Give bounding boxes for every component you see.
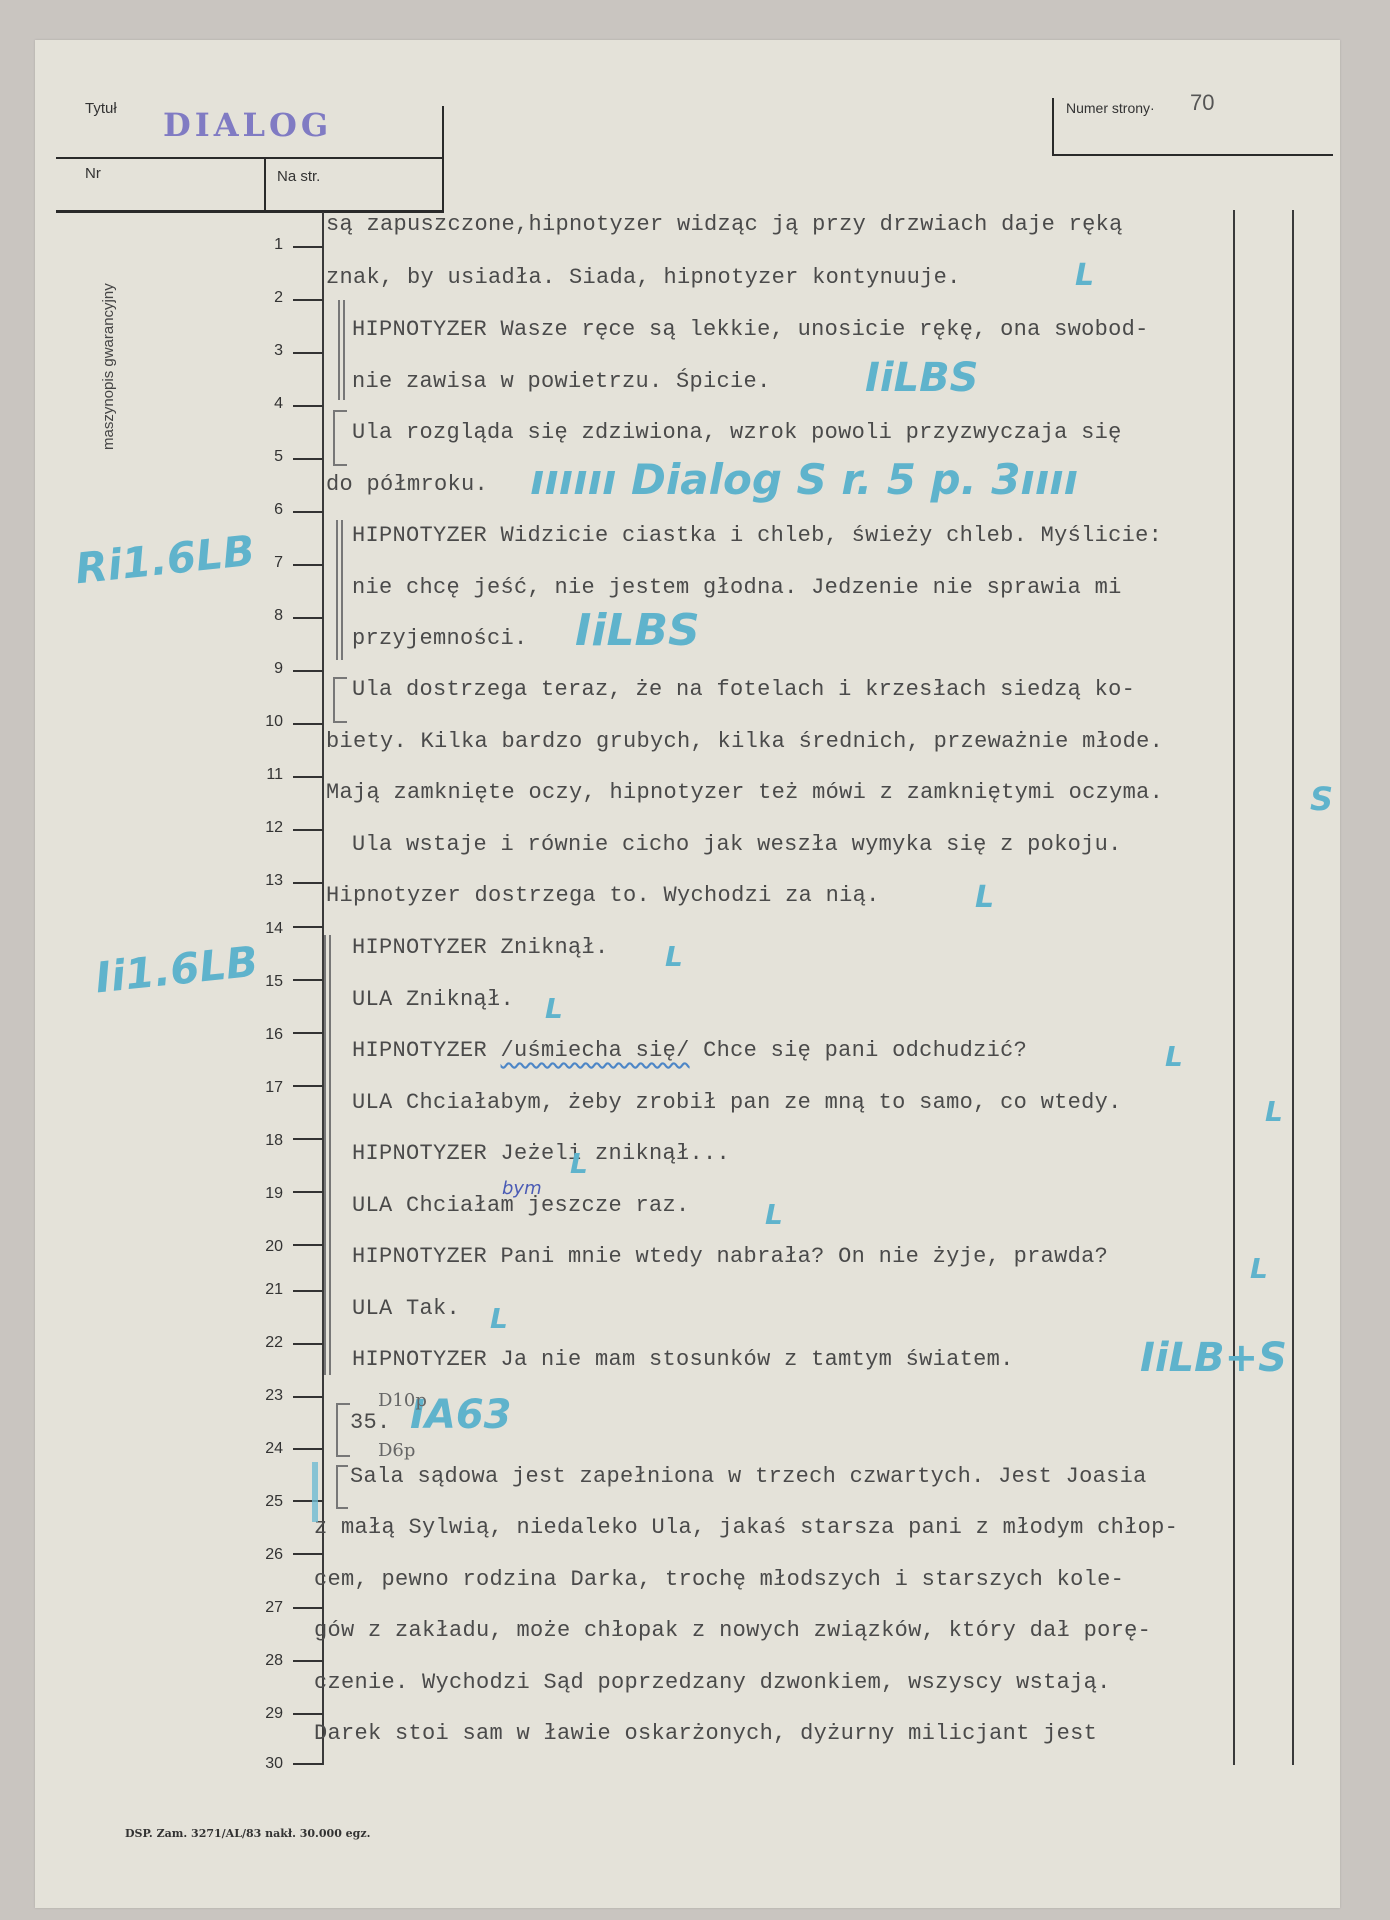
- line-number: 21: [243, 1281, 283, 1299]
- code-annotation: IiLBS: [865, 355, 978, 401]
- pencil-bracket: [333, 677, 347, 723]
- speaker: HIPNOTYZER: [352, 1038, 487, 1063]
- line-number: 8: [243, 607, 283, 625]
- line-number: 29: [243, 1705, 283, 1723]
- check-mark: L: [490, 1302, 508, 1335]
- typed-line: biety. Kilka bardzo grubych, kilka średn…: [326, 729, 1163, 754]
- typed-line: ULA Chciałabym, żeby zrobił pan ze mną t…: [352, 1090, 1122, 1115]
- check-mark: S: [1310, 780, 1333, 818]
- side-label: maszynopis gwarancyjny: [100, 283, 117, 450]
- code-annotation: IiLBS: [575, 605, 700, 656]
- pencil-double-bar: [336, 520, 343, 660]
- check-mark: L: [765, 1198, 783, 1231]
- dialogue: Chce się pani odchudzić?: [703, 1038, 1027, 1063]
- pencil-annotation: D10p: [378, 1390, 427, 1411]
- page-number-box-bottom: [1052, 154, 1333, 156]
- scene-number: 35.: [350, 1410, 391, 1435]
- typed-line: są zapuszczone,hipnotyzer widząc ją przy…: [326, 212, 1123, 237]
- check-mark: L: [665, 940, 683, 973]
- check-mark: L: [1165, 1040, 1183, 1073]
- line-number: 5: [243, 448, 283, 466]
- typed-line: Sala sądowa jest zapełniona w trzech czw…: [350, 1464, 1147, 1489]
- line-number: 3: [243, 342, 283, 360]
- right-margin-line-1: [1233, 210, 1235, 1765]
- page-number-box-left: [1052, 98, 1054, 155]
- code-annotation: ıııııı Dialog S r. 5 p. 3ıııı: [530, 455, 1078, 504]
- line-number: 26: [243, 1546, 283, 1564]
- pen-correction: bym: [502, 1178, 542, 1199]
- line-number: 25: [243, 1493, 283, 1511]
- page-number-label: Numer strony·: [1066, 100, 1155, 116]
- line-number: 9: [243, 660, 283, 678]
- typed-line-17: HIPNOTYZER /uśmiecha się/ Chce się pani …: [352, 1038, 1027, 1063]
- typed-line: Ula dostrzega teraz, że na fotelach i kr…: [352, 677, 1135, 702]
- typed-line: cem, pewno rodzina Darka, trochę młodszy…: [314, 1567, 1124, 1592]
- check-mark: L: [1250, 1252, 1268, 1285]
- check-mark: L: [975, 880, 994, 915]
- header-nr-divider: [264, 158, 266, 211]
- typed-line: HIPNOTYZER Zniknął.: [352, 935, 609, 960]
- pencil-bracket: [336, 1465, 348, 1509]
- line-number: 23: [243, 1387, 283, 1405]
- typed-line: przyjemności.: [352, 626, 528, 651]
- line-number: 20: [243, 1238, 283, 1256]
- pencil-bracket: [336, 1403, 350, 1457]
- typed-line: ULA Tak.: [352, 1296, 460, 1321]
- line-number: 30: [243, 1755, 283, 1773]
- pencil-double-bar: [338, 300, 345, 400]
- line-number: 24: [243, 1440, 283, 1458]
- line-number: 22: [243, 1334, 283, 1352]
- line-number: 28: [243, 1652, 283, 1670]
- typed-line: HIPNOTYZER Wasze ręce są lekkie, unosici…: [352, 317, 1149, 342]
- na-str-label: Na str.: [277, 168, 320, 185]
- typed-line: HIPNOTYZER Jeżeli zniknął...: [352, 1141, 730, 1166]
- typed-line: nie chcę jeść, nie jestem głodna. Jedzen…: [352, 575, 1122, 600]
- line-number: 13: [243, 872, 283, 890]
- line-number: 2: [243, 289, 283, 307]
- line-number: 17: [243, 1079, 283, 1097]
- page-number: 70: [1190, 90, 1214, 116]
- pencil-double-bar: [324, 935, 331, 1375]
- line-number: 14: [243, 920, 283, 938]
- header-divider: [56, 157, 442, 159]
- right-margin-line-2: [1292, 210, 1294, 1765]
- title-label: Tytuł: [85, 100, 117, 117]
- line-number: 18: [243, 1132, 283, 1150]
- check-mark: L: [545, 992, 563, 1025]
- printer-imprint: DSP. Zam. 3271/AL/83 nakł. 30.000 egz.: [125, 1827, 370, 1840]
- stage-direction: /uśmiecha się/: [501, 1038, 690, 1063]
- pencil-bracket: [333, 410, 347, 466]
- line-number: 4: [243, 395, 283, 413]
- typed-line: gów z zakładu, może chłopak z nowych zwi…: [314, 1618, 1151, 1643]
- line-number: 1: [243, 236, 283, 254]
- header-box-right-border: [442, 106, 444, 213]
- line-number: 12: [243, 819, 283, 837]
- typed-line: z małą Sylwią, niedaleko Ula, jakaś star…: [314, 1515, 1178, 1540]
- line-number: 16: [243, 1026, 283, 1044]
- typed-line: Hipnotyzer dostrzega to. Wychodzi za nią…: [326, 883, 880, 908]
- typed-line: do półmroku.: [326, 472, 488, 497]
- title-stamp: DIALOG: [163, 106, 332, 144]
- line-number: 6: [243, 501, 283, 519]
- line-number: 10: [243, 713, 283, 731]
- typed-line: ULA Zniknął.: [352, 987, 514, 1012]
- code-annotation: IiLB+S: [1140, 1335, 1287, 1381]
- line-number: 19: [243, 1185, 283, 1203]
- line-number: 27: [243, 1599, 283, 1617]
- check-mark: L: [1265, 1095, 1283, 1128]
- pencil-annotation: D6p: [378, 1440, 415, 1461]
- typed-line: Darek stoi sam w ławie oskarżonych, dyżu…: [314, 1721, 1097, 1746]
- typed-line: Mają zamknięte oczy, hipnotyzer też mówi…: [326, 780, 1163, 805]
- nr-label: Nr: [85, 165, 101, 182]
- typed-line: nie zawisa w powietrzu. Śpicie.: [352, 369, 771, 394]
- typed-line: HIPNOTYZER Widzicie ciastka i chleb, świ…: [352, 523, 1162, 548]
- typed-line: Ula rozgląda się zdziwiona, wzrok powoli…: [352, 420, 1122, 445]
- check-mark: L: [570, 1147, 588, 1180]
- highlight-mark: [312, 1462, 318, 1522]
- typed-line: HIPNOTYZER Pani mnie wtedy nabrała? On n…: [352, 1244, 1108, 1269]
- typed-line: znak, by usiadła. Siada, hipnotyzer kont…: [326, 265, 961, 290]
- typed-line: czenie. Wychodzi Sąd poprzedzany dzwonki…: [314, 1670, 1111, 1695]
- typed-line: Ula wstaje i równie cicho jak weszła wym…: [352, 832, 1122, 857]
- line-number: 11: [243, 766, 283, 784]
- typed-line: HIPNOTYZER Ja nie mam stosunków z tamtym…: [352, 1347, 1014, 1372]
- check-mark: L: [1075, 258, 1094, 293]
